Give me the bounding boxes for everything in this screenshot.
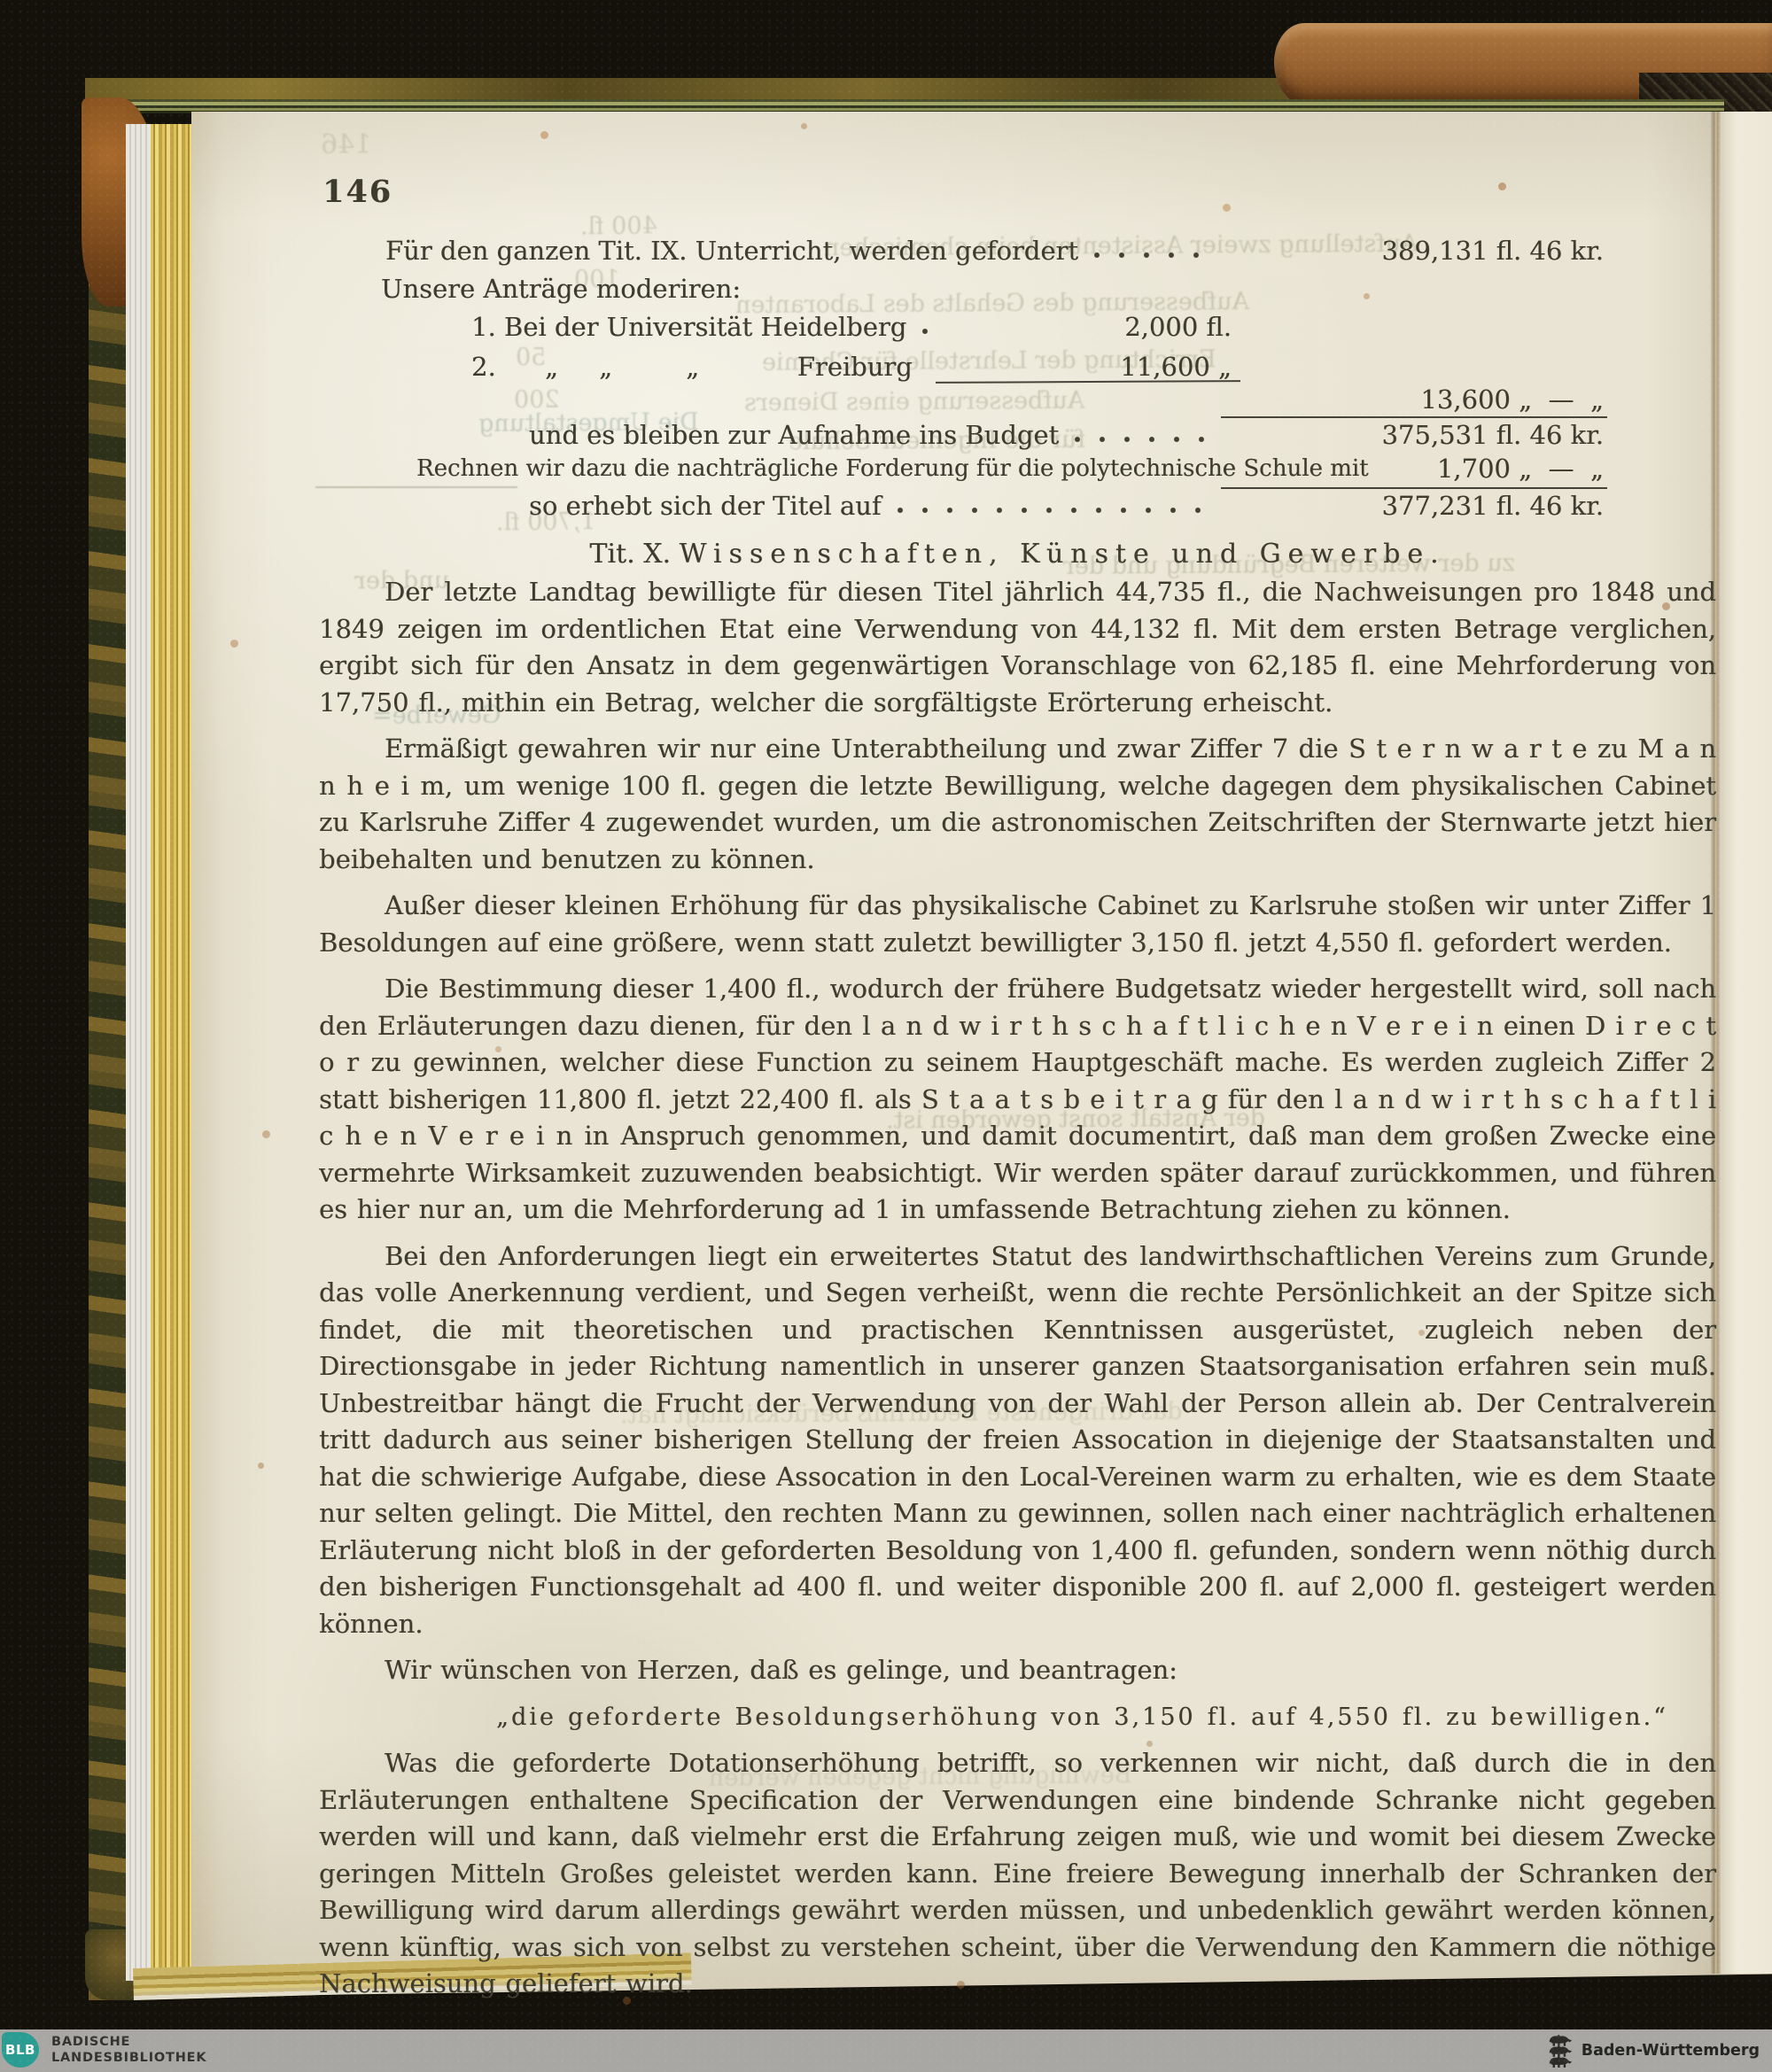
page-number: 146	[323, 174, 392, 210]
account-row: Rechnen wir dazu die nachträgliche Forde…	[416, 455, 1218, 482]
page-edges-gilt	[151, 124, 193, 1983]
library-name-line2: LANDESBIBLIOTHEK	[51, 2050, 206, 2066]
account-row-amount: 377,231 fl. 46 kr.	[1221, 491, 1604, 521]
account-row-amount: 2,000 fl.	[939, 312, 1232, 342]
body-text: Der letzte Landtag bewilligte für diesen…	[319, 574, 1716, 2013]
section-heading-title: Wissenschaften, Künste und Gewerbe.	[680, 539, 1446, 570]
body-paragraph: Bei den Anforderungen liegt ein erweiter…	[319, 1238, 1716, 1643]
account-row-amount: 389,131 fl. 46 kr.	[1221, 236, 1604, 266]
body-paragraph: Was die geforderte Dotationserhöhung bet…	[319, 1745, 1716, 2003]
section-heading-number: Tit. X.	[589, 539, 671, 570]
account-row: Unsere Anträge moderiren:	[381, 274, 1178, 304]
bw-coat-of-arms-icon	[1548, 2034, 1573, 2068]
account-row-label: und es bleiben zur Aufnahme ins Budget	[529, 420, 1059, 450]
blb-logo-text: BLB	[5, 2042, 35, 2058]
library-name: BADISCHE LANDESBIBLIOTHEK	[51, 2034, 206, 2066]
book-top-green-edge	[85, 99, 1724, 113]
account-row-label: 1. Bei der Universität Heidelberg	[471, 312, 906, 342]
ghost-text: Aufbesserung eines Dieners	[744, 387, 1084, 417]
account-row-label: so erhebt sich der Titel auf	[529, 491, 882, 521]
facing-page-sliver	[1721, 112, 1772, 1974]
sum-rule	[1221, 416, 1607, 418]
section-heading: Tit. X. Wissenschaften, Künste und Gewer…	[319, 539, 1716, 570]
state-name: Baden-Württemberg	[1582, 2042, 1760, 2060]
account-subtotal: 13,600 „ — „	[1221, 384, 1604, 415]
account-row-amount: 1,700 „ — „	[1221, 454, 1604, 484]
ghost-rule	[315, 486, 517, 488]
account-row-amount: 11,600 „	[939, 352, 1232, 382]
petition-line: „die geforderte Besoldungserhöhung von 3…	[319, 1699, 1716, 1736]
body-paragraph: Der letzte Landtag bewilligte für diesen…	[319, 574, 1716, 721]
account-row: Für den ganzen Tit. IX. Unterricht, werd…	[385, 236, 1221, 266]
leader-dots	[1073, 435, 1211, 444]
account-row: 1. Bei der Universität Heidelberg	[471, 312, 937, 342]
ghost-text: 146	[321, 129, 372, 160]
body-paragraph: Die Bestimmung dieser 1,400 fl., wodurch…	[319, 971, 1716, 1229]
blb-logo: BLB	[2, 2032, 39, 2068]
viewer-footer-bar	[0, 2029, 1772, 2072]
account-row: 2. „ „ „ Freiburg	[471, 352, 937, 382]
foxing-specks	[0, 0, 4, 4]
account-row: und es bleiben zur Aufnahme ins Budget	[529, 420, 1220, 450]
leader-dots	[921, 327, 928, 336]
body-paragraph: Außer dieser kleinen Erhöhung für das ph…	[319, 888, 1716, 961]
sum-rule	[1221, 487, 1607, 489]
marbled-cover-edge	[89, 103, 129, 2000]
state-branding: Baden-Württemberg	[1548, 2029, 1760, 2072]
leader-dots	[1092, 251, 1212, 260]
account-row-label: 2. „ „ „ Freiburg	[471, 352, 913, 382]
account-row-label: Unsere Anträge moderiren:	[381, 274, 741, 304]
account-row: so erhebt sich der Titel auf	[529, 491, 1220, 521]
body-paragraph: Ermäßigt gewahren wir nur eine Unterabth…	[319, 731, 1716, 878]
account-row-amount: 375,531 fl. 46 kr.	[1221, 420, 1604, 450]
account-row-label: Für den ganzen Tit. IX. Unterricht, werd…	[385, 236, 1078, 266]
leader-dots	[927, 367, 928, 376]
body-paragraph: Wir wünschen von Herzen, daß es gelinge,…	[319, 1652, 1716, 1689]
page-edges-white	[126, 124, 151, 1981]
library-name-line1: BADISCHE	[51, 2034, 206, 2050]
scanned-book-viewer: 146 Aufstellung zweier Assistenten beim …	[0, 0, 1772, 2072]
leader-dots	[896, 506, 1211, 515]
